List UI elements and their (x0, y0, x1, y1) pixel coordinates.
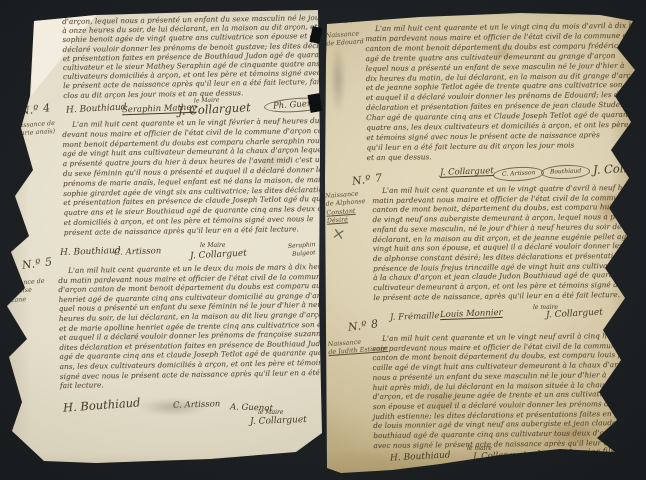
signature-bouthiaud: H. Bouthiaud (66, 102, 127, 115)
signature-row: H. Bouthiaud Seraphin Mathey le Maire J.… (60, 96, 322, 118)
signature-row: H. Bouthiaud C. Artisson le Maire J. Col… (60, 241, 322, 265)
collation-cross-mark: × (330, 223, 347, 244)
signature-artisson-oval: C. Artisson (493, 166, 545, 183)
signature-row: H. Bouthiaud C. Artisson A. Guenot le Ma… (60, 396, 322, 428)
margin-note-act7: Naissancede AlphonseConstant Désiré (325, 188, 379, 225)
act-number-4: N.º 4 (19, 102, 51, 117)
entry-continuation-text: d'arçon, lequel nous a présenté un enfan… (62, 12, 365, 100)
signature-maire: J. Collarguet (473, 450, 527, 462)
signature-artisson: C. Artisson (114, 246, 162, 258)
entry-act7-text: L'an mil huit cent quarante et un le vin… (372, 182, 646, 302)
signature-bouthiaud: H. Bouthiaud (63, 397, 141, 412)
signature-monnier-fils: Louis Monnier fils (537, 447, 615, 460)
signature-monnier: Louis Monnier (440, 308, 503, 320)
signature-artisson: C. Artisson (173, 399, 221, 411)
signature-bouthiaud-oval: Bouthiaud (541, 164, 591, 180)
margin-note-act4: Naissance de(marie anaïs) (11, 118, 64, 138)
margin-note-line: (marie anaïs) (12, 127, 64, 139)
signature-bulgeot: Bulgeot (292, 248, 316, 260)
signature-maire-large: J. Collarguet (593, 161, 646, 175)
signature-row: H. Bouthiaud le maire J. Collarguet Loui… (385, 444, 625, 468)
act-number-6: N.º 6. (343, 10, 379, 25)
signature-row: J. Frémaille Louis Monnier le maire J. C… (380, 300, 620, 324)
register-scan: d'arçon, lequel nous a présenté un enfan… (0, 0, 646, 480)
signature-maire: J. Collarguet (190, 249, 247, 262)
graphite-smudge (330, 44, 346, 114)
signature-fremaille: J. Frémaille (390, 311, 440, 323)
binding-stitch (308, 93, 323, 113)
act-number-8: N.º 8 (347, 318, 379, 333)
act-number-7: N.º 7 (351, 172, 383, 187)
signature-maire: J. Collarguet (178, 102, 251, 116)
margin-note-line: Suzane (2, 293, 52, 305)
signature-row: J. Collarguet C. Artisson Bouthiaud J. C… (365, 161, 640, 185)
signature-bouthiaud: H. Bouthiaud (60, 246, 121, 258)
signature-maire: J. Collarguet (440, 166, 494, 178)
act-number-5: N.º 5 (21, 256, 53, 271)
signature-bouthiaud: H. Bouthiaud (390, 450, 451, 463)
binding-stitch (309, 26, 322, 44)
signature-maire: J. Collarguet (546, 308, 603, 321)
entry-act4-text: L'an mil huit cent quarante et un le vin… (62, 115, 362, 237)
entry-act5-text: L'an mil huit cent quarante et un le deu… (58, 262, 344, 391)
entry-act6-text: L'an mil huit cent quarante et un le vin… (365, 20, 646, 162)
entry-act8-text: L'an mil huit cent quarante et un le vin… (372, 330, 646, 450)
margin-note-act5: Naissance defrançoiseSuzane (1, 276, 53, 305)
signature-maire: J. Collarguet (250, 415, 307, 427)
